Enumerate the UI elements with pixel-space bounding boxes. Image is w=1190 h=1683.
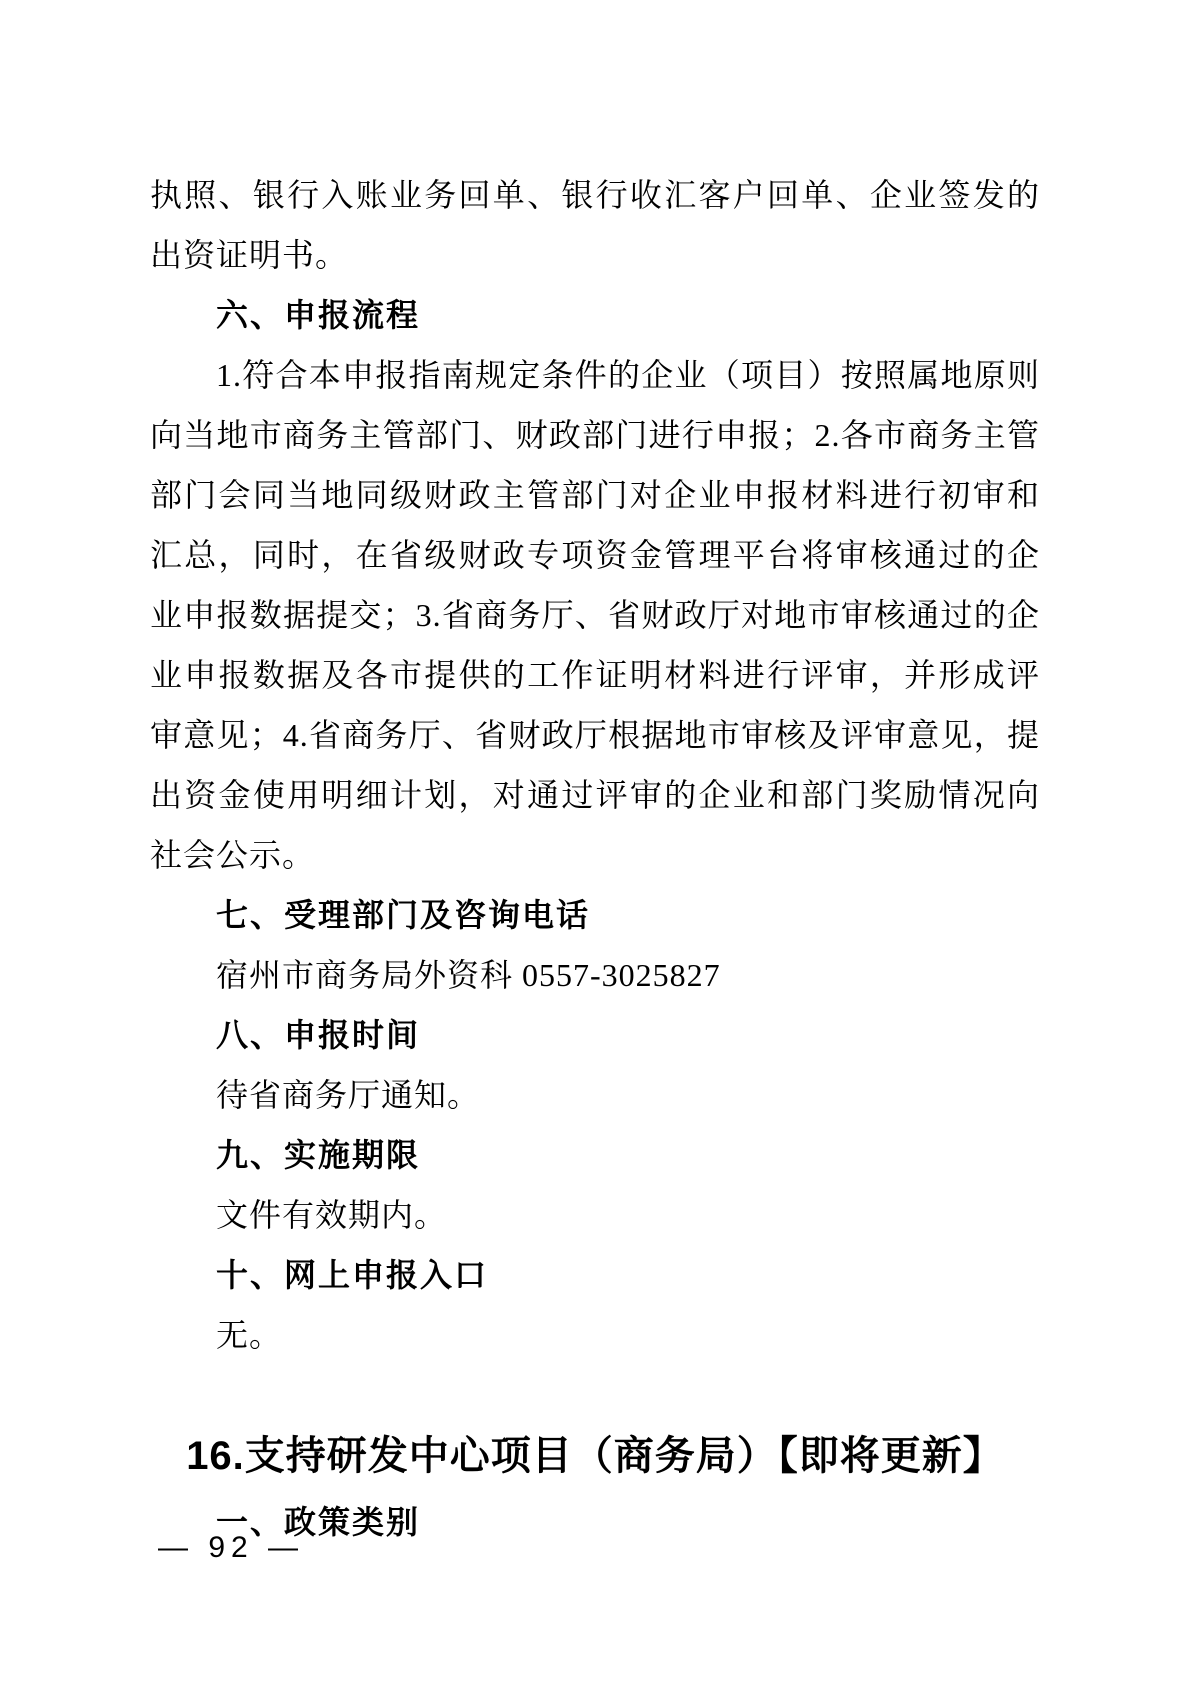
section-heading-9: 九、实施期限: [150, 1125, 1040, 1185]
body-paragraph-online-entry: 无。: [150, 1305, 1040, 1365]
section-heading-6: 六、申报流程: [150, 285, 1040, 345]
body-paragraph-implementation-period: 文件有效期内。: [150, 1185, 1040, 1245]
body-paragraph-application-time: 待省商务厅通知。: [150, 1065, 1040, 1125]
section-heading-10: 十、网上申报入口: [150, 1245, 1040, 1305]
section-heading-7: 七、受理部门及咨询电话: [150, 885, 1040, 945]
body-paragraph-continuation: 执照、银行入账业务回单、银行收汇客户回单、企业签发的出资证明书。: [150, 165, 1040, 285]
chapter-title-16: 16.支持研发中心项目（商务局）【即将更新】: [150, 1420, 1040, 1492]
section-heading-8: 八、申报时间: [150, 1005, 1040, 1065]
document-page: 执照、银行入账业务回单、银行收汇客户回单、企业签发的出资证明书。 六、申报流程 …: [0, 0, 1190, 1683]
page-number: — 92 —: [158, 1528, 304, 1568]
body-paragraph-contact: 宿州市商务局外资科 0557-3025827: [150, 945, 1040, 1005]
body-paragraph-application-process: 1.符合本申报指南规定条件的企业（项目）按照属地原则向当地市商务主管部门、财政部…: [150, 345, 1040, 885]
